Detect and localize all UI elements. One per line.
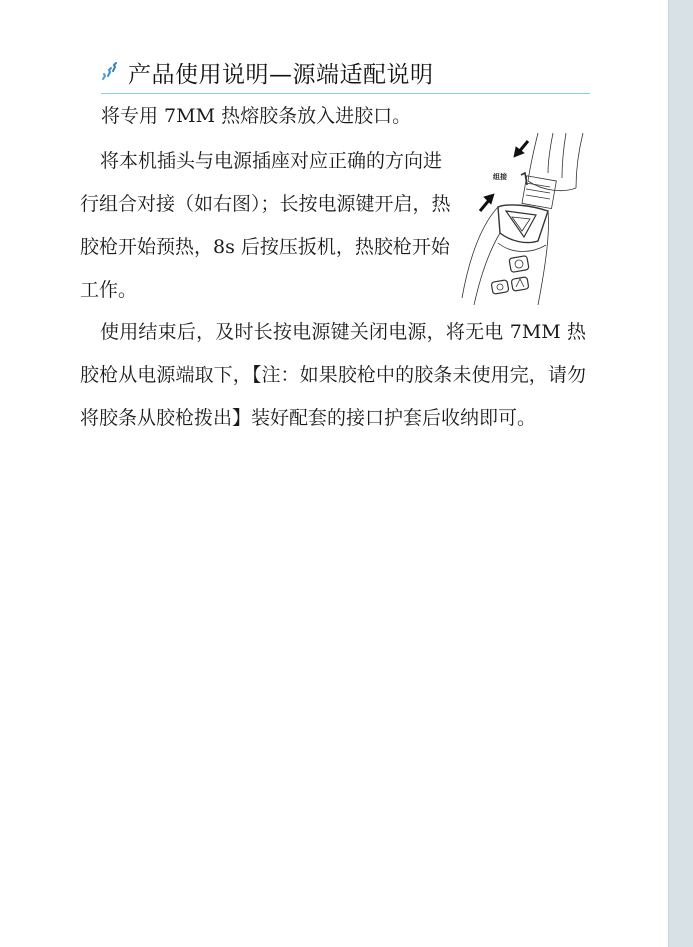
figure-label: 组接 [493, 172, 507, 182]
document-page: 产品使用说明—源端适配说明 将专用 7MM 热熔胶条放入进胶口。 将本机插头与电… [0, 0, 668, 947]
title-divider [101, 93, 590, 94]
page-side-margin [668, 0, 693, 947]
assembly-illustration [458, 133, 593, 305]
section-header: 产品使用说明—源端适配说明 [100, 54, 434, 90]
paragraph-insert-glue: 将专用 7MM 热熔胶条放入进胶口。 [101, 95, 601, 138]
sparkle-squiggle-icon [100, 61, 122, 83]
paragraph-after-use: 使用结束后，及时长按电源键关闭电源，将无电 7MM 热胶枪从电源端取下，【注：如… [80, 311, 586, 440]
section-title: 产品使用说明—源端适配说明 [128, 56, 434, 89]
paragraph-connect-power: 将本机插头与电源插座对应正确的方向进行组合对接（如右图）；长按电源键开启，热胶枪… [80, 140, 452, 312]
